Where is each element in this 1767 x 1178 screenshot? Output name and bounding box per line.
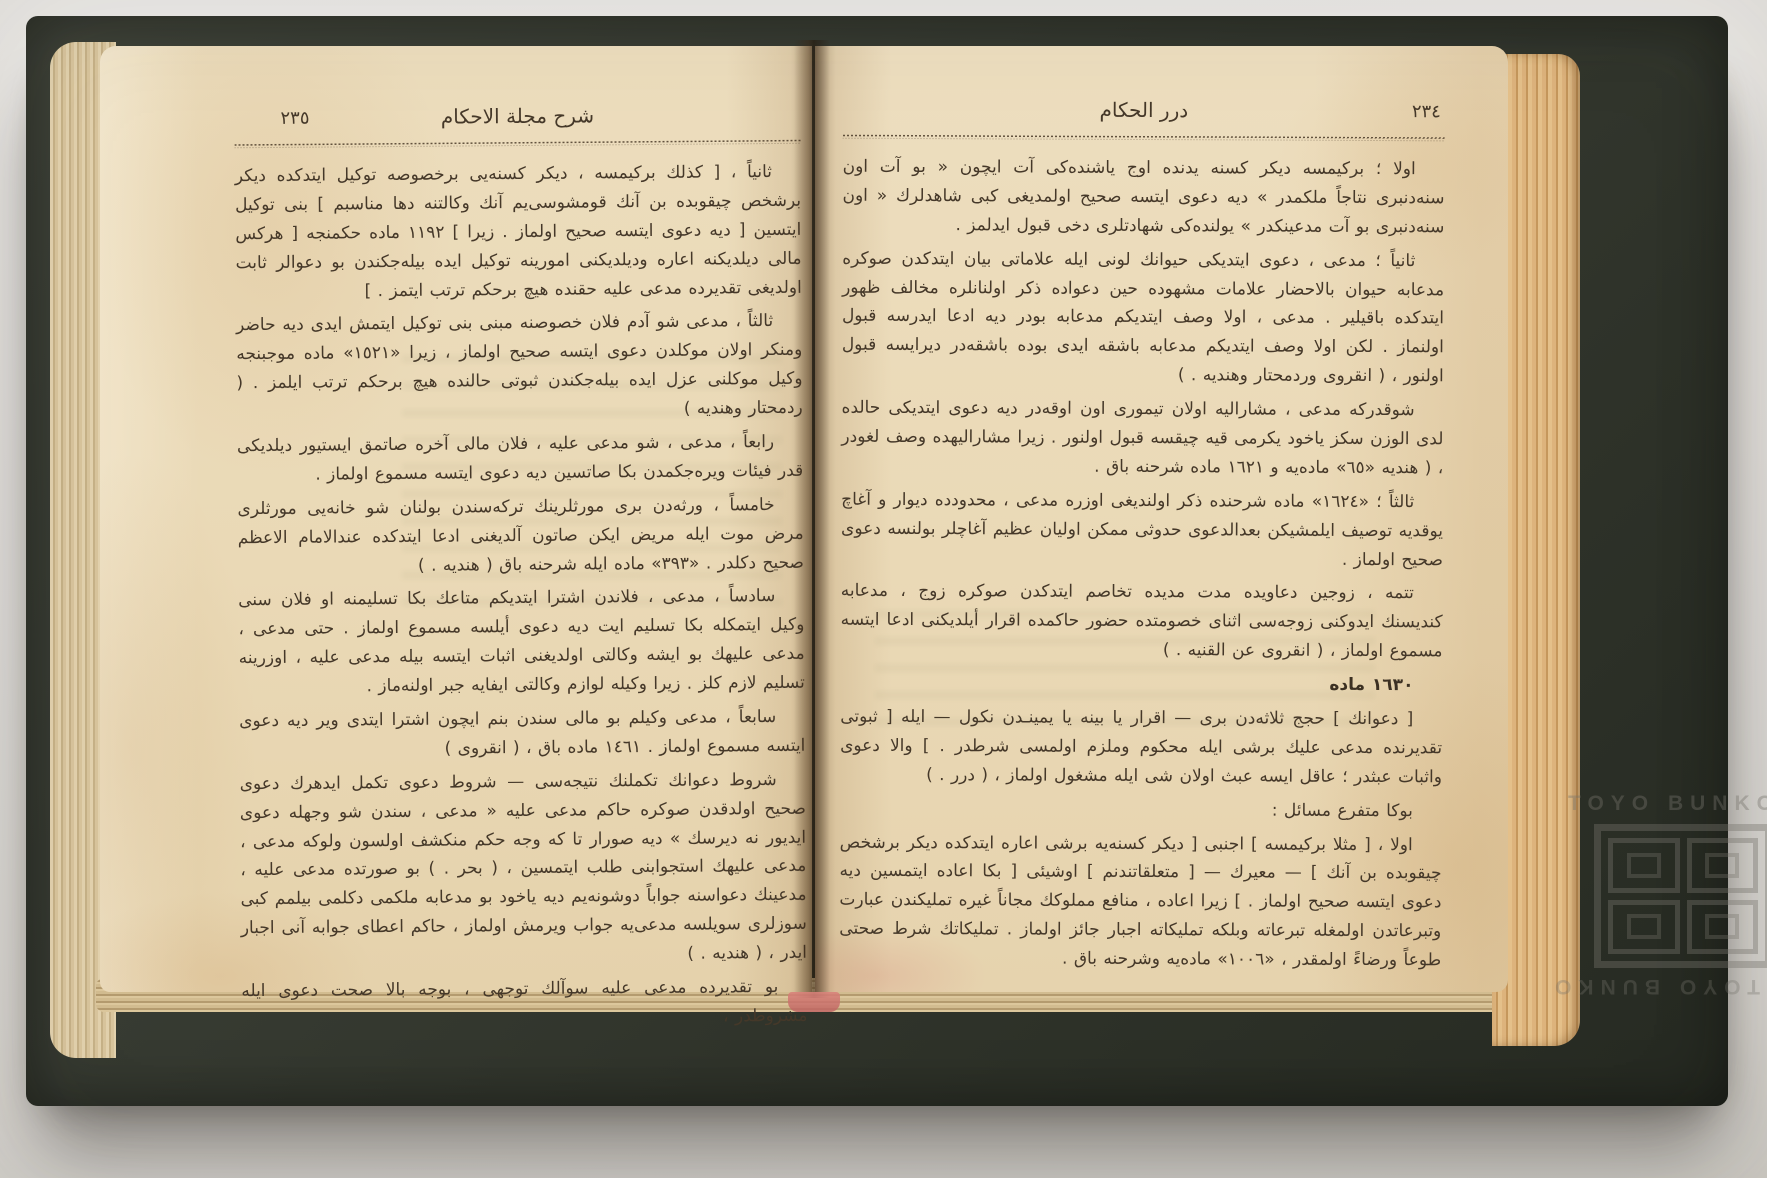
toyo-bunko-watermark: TOYO BUNKO TOYO BUNKO xyxy=(1568,792,1767,998)
right-running-title: درر الحكام xyxy=(843,97,1445,124)
right-paragraph: شوقدركه مدعى ، مشاراليه اولان تيمورى اون… xyxy=(841,394,1443,483)
right-paragraph: ثانياً ؛ مدعى ، دعوى ايتديكى حيوانك لونى… xyxy=(842,244,1445,391)
left-paragraph: شروط دعوانك تكملنك نتيجه‌سى — شروط دعوى … xyxy=(240,766,808,973)
seal-glyph xyxy=(1608,838,1680,893)
left-paragraph: سابعاً ، مدعى وكيلم بو مالى سندن بنم ايچ… xyxy=(239,703,805,765)
left-paragraph: ثانياً ، [ كذلك بركيمسه ، ديكر كسنه‌يى ب… xyxy=(235,158,802,307)
right-paragraph: اولا ؛ بركيمسه ديكر كسنه يدنده اوج ياشند… xyxy=(842,153,1444,242)
left-paragraph: خامساً ، ورثه‌دن برى مورثلرينك تركه‌سندن… xyxy=(237,491,804,582)
header-rule xyxy=(843,135,1445,142)
toyo-bunko-seal-icon xyxy=(1594,824,1767,968)
book-photo: ٢٣٥ شرح مجلة الاحكام ثانياً ، [ كذلك برك… xyxy=(0,0,1767,1178)
right-page-content: ٢٣٤ درر الحكام اولا ؛ بركيمسه ديكر كسنه … xyxy=(839,97,1445,981)
left-running-title: شرح مجلة الاحكام xyxy=(234,102,800,130)
left-page-content: ٢٣٥ شرح مجلة الاحكام ثانياً ، [ كذلك برك… xyxy=(234,102,807,1040)
seal-glyph xyxy=(1687,900,1759,955)
article-heading: ١٦٣٠ ماده xyxy=(840,669,1442,701)
left-page: ٢٣٥ شرح مجلة الاحكام ثانياً ، [ كذلك برك… xyxy=(100,46,812,992)
right-paragraph: ثالثاً ؛ «١٦٢٤» ماده شرحنده ذكر اولنديغى… xyxy=(841,485,1443,574)
right-paragraph: [ دعوانك ] حجج ثلاثه‌دن برى — اقرار يا ب… xyxy=(840,703,1442,792)
right-text-block: اولا ؛ بركيمسه ديكر كسنه يدنده اوج ياشند… xyxy=(839,153,1445,976)
watermark-text-top: TOYO BUNKO xyxy=(1568,792,1767,816)
watermark-text-bottom: TOYO BUNKO xyxy=(1525,974,1760,998)
right-page: ٢٣٤ درر الحكام اولا ؛ بركيمسه ديكر كسنه … xyxy=(815,46,1508,992)
left-paragraph: سادساً ، مدعى ، فلاندن اشترا ايتديكم متا… xyxy=(238,582,805,702)
right-page-number: ٢٣٤ xyxy=(1412,101,1441,122)
left-paragraph: ثالثاً ، مدعى شو آدم فلان خصوصنه مبنى بن… xyxy=(236,307,803,427)
right-paragraph: اولا ، [ مثلا بركيمسه ] اجنبى [ ديكر كسن… xyxy=(839,828,1442,975)
right-page-header: ٢٣٤ درر الحكام xyxy=(843,97,1445,134)
left-paragraph: رابعاً ، مدعى ، شو مدعى عليه ، فلان مالى… xyxy=(237,428,803,490)
right-paragraph: بوكا متفرع مسائل : xyxy=(840,794,1442,826)
left-text-block: ثانياً ، [ كذلك بركيمسه ، ديكر كسنه‌يى ب… xyxy=(235,158,808,1035)
left-page-number: ٢٣٥ xyxy=(280,108,309,129)
left-page-header: ٢٣٥ شرح مجلة الاحكام xyxy=(234,102,800,140)
left-paragraph: بو تقديرده مدعى عليه سوآلك توجهى ، بوجه … xyxy=(241,973,807,1035)
seal-glyph xyxy=(1687,838,1759,893)
right-paragraph: تتمه ، زوجين دعاويده مدت مديده تخاصم ايت… xyxy=(840,577,1442,666)
seal-glyph xyxy=(1608,900,1680,955)
bookmark-ribbon xyxy=(788,992,840,1012)
header-rule xyxy=(235,140,801,148)
